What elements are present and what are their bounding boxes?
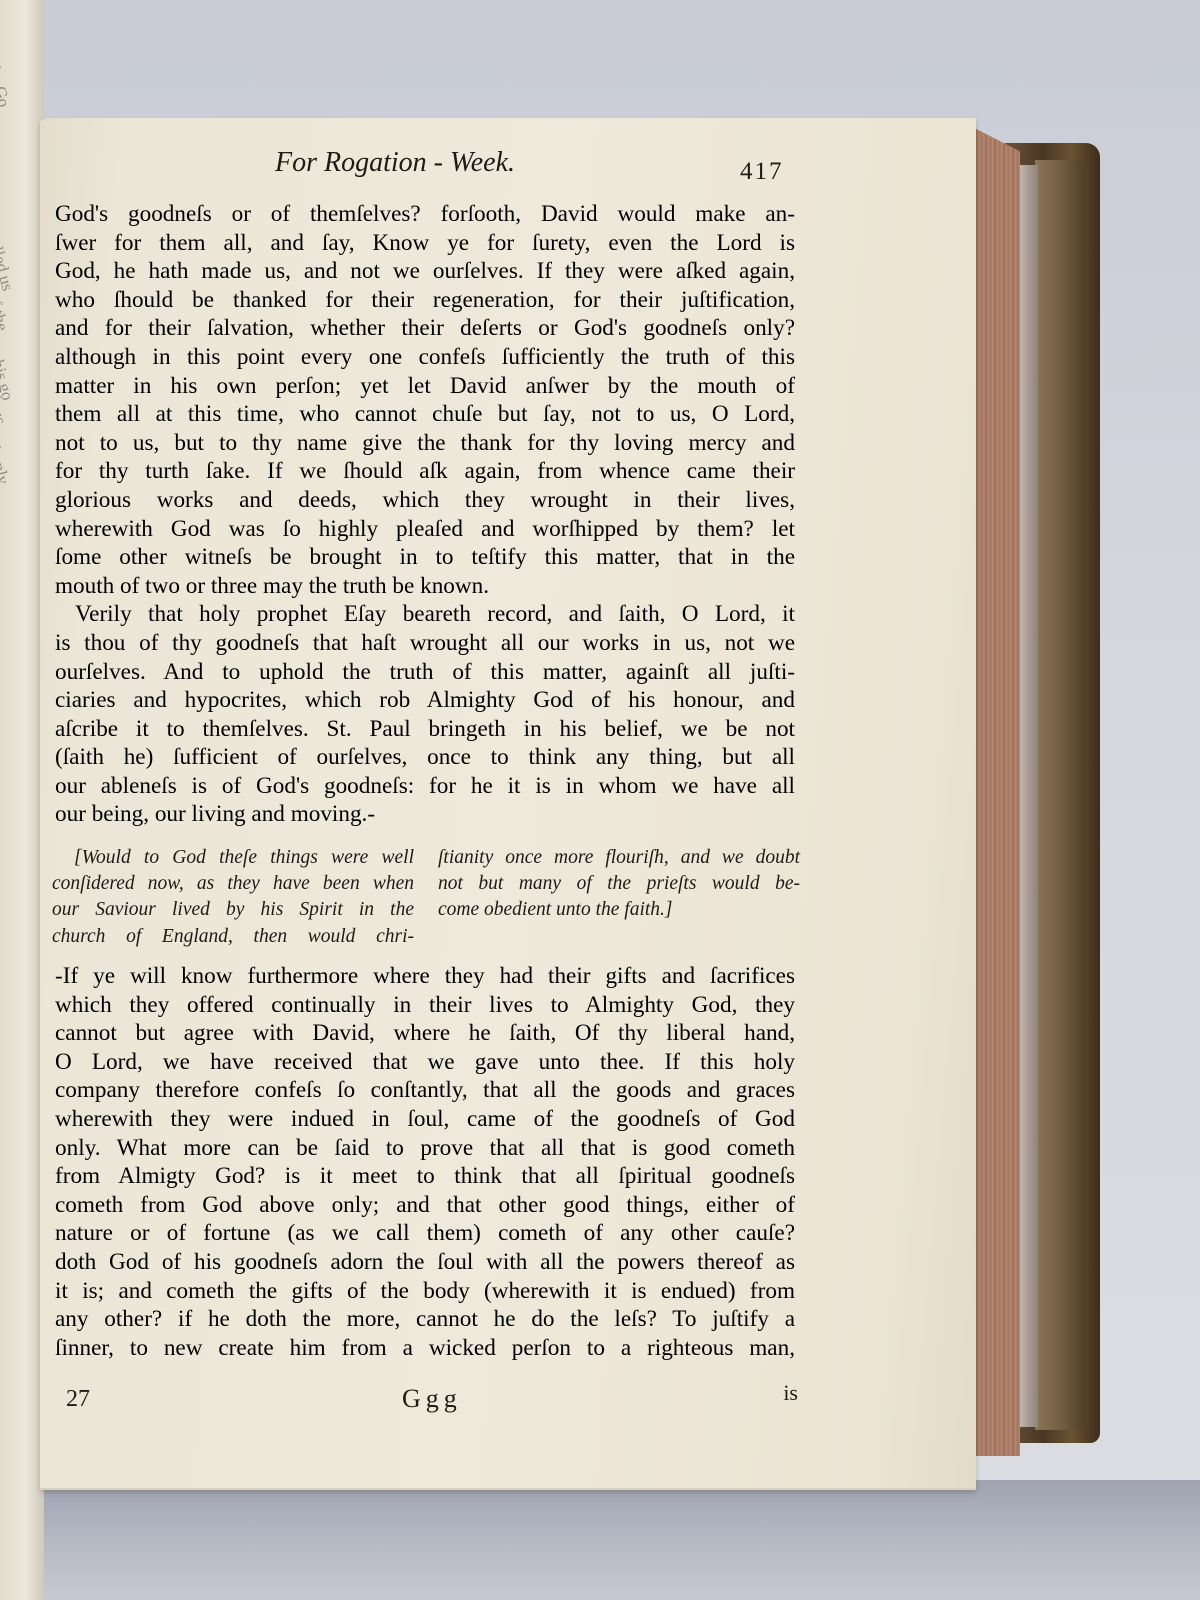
text-line: cometh from God above only; and that oth… bbox=[55, 1191, 795, 1220]
text-line: glorious works and deeds, which they wro… bbox=[55, 486, 795, 515]
text-line: our being, our living and moving.- bbox=[55, 800, 795, 829]
note-line: come obedient unto the faith.] bbox=[438, 897, 800, 923]
text-line: them all at this time, who cannot chuſe … bbox=[55, 400, 795, 429]
main-text-upper: God's goodneſs or of themſelves? forſoot… bbox=[55, 200, 795, 829]
note-column-right: ſtianity once more flouriſh, and we doub… bbox=[438, 845, 800, 950]
text-line: although in this point every one confeſs… bbox=[55, 343, 795, 372]
note-line: our Saviour lived by his Spirit in the bbox=[52, 897, 414, 923]
text-line: which they offered continually in their … bbox=[55, 991, 795, 1020]
text-line: wherewith God was ſo highly pleaſed and … bbox=[55, 515, 795, 544]
note-column-left: [Would to God theſe things were well con… bbox=[52, 845, 414, 950]
note-line: church of England, then would chri- bbox=[52, 924, 414, 950]
text-line: ourſelves. And to uphold the truth of th… bbox=[55, 658, 795, 687]
text-line: any other? if he doth the more, cannot h… bbox=[55, 1305, 795, 1334]
facing-page-text: d only bbox=[0, 440, 13, 487]
note-line: ſtianity once more flouriſh, and we doub… bbox=[438, 845, 800, 871]
text-line: from Almigty God? is it meet to think th… bbox=[55, 1162, 795, 1191]
text-line: ciaries and hypocrites, which rob Almigh… bbox=[55, 686, 795, 715]
note-line: [Would to God theſe things were well bbox=[52, 845, 414, 871]
facing-page-edge: called us of the ur his go th us d only … bbox=[0, 0, 44, 1600]
catchword: is bbox=[783, 1380, 798, 1406]
text-line: our ableneſs is of God's goodneſs: for h… bbox=[55, 772, 795, 801]
text-line: God's goodneſs or of themſelves? forſoot… bbox=[55, 200, 795, 229]
table-surface bbox=[0, 1480, 1200, 1600]
text-line: nature or of fortune (as we call them) c… bbox=[55, 1219, 795, 1248]
note-line: conſidered now, as they have been when bbox=[52, 871, 414, 897]
endpaper-edge bbox=[1018, 165, 1038, 1427]
signature-mark: Ggg bbox=[402, 1384, 462, 1414]
text-line: cannot but agree with David, where he ſa… bbox=[55, 1019, 795, 1048]
text-line: not to us, but to thy name give the than… bbox=[55, 429, 795, 458]
facing-page-text: the Go bbox=[0, 60, 14, 109]
text-line: for thy turth ſake. If we ſhould aſk aga… bbox=[55, 457, 795, 486]
text-line: only. What more can be ſaid to prove tha… bbox=[55, 1134, 795, 1163]
main-text-lower: -If ye will know furthermore where they … bbox=[55, 962, 795, 1362]
text-line: God, he hath made us, and not we ourſelv… bbox=[55, 257, 795, 286]
note-line: not but many of the prieſts would be- bbox=[438, 871, 800, 897]
text-line: is thou of thy goodneſs that haſt wrough… bbox=[55, 629, 795, 658]
page-footer: 27 Ggg is bbox=[62, 1380, 802, 1410]
text-line: and for their ſalvation, whether their d… bbox=[55, 314, 795, 343]
text-line: matter in his own perſon; yet let David … bbox=[55, 372, 795, 401]
text-line: aſcribe it to themſelves. St. Paul bring… bbox=[55, 715, 795, 744]
text-line: ſinner, to new create him from a wicked … bbox=[55, 1334, 795, 1363]
text-line: -If ye will know furthermore where they … bbox=[55, 962, 795, 991]
text-line: mouth of two or three may the truth be k… bbox=[55, 572, 795, 601]
text-line: who ſhould be thanked for their regenera… bbox=[55, 286, 795, 315]
text-line: O Lord, we have received that we gave un… bbox=[55, 1048, 795, 1077]
book-cover-inner bbox=[1035, 160, 1085, 1430]
text-line: ſome other witneſs be brought in to teſt… bbox=[55, 543, 795, 572]
text-line: company therefore confeſs ſo conſtantly,… bbox=[55, 1076, 795, 1105]
page-number: 417 bbox=[740, 158, 784, 186]
text-line: wherewith they were indued in ſoul, came… bbox=[55, 1105, 795, 1134]
text-line: (ſaith he) ſufficient of ourſelves, once… bbox=[55, 743, 795, 772]
text-line: doth God of his goodneſs adorn the ſoul … bbox=[55, 1248, 795, 1277]
facing-page-text: of the bbox=[0, 290, 12, 333]
text-line: it is; and cometh the gifts of the body … bbox=[55, 1277, 795, 1306]
facing-page-text: called us bbox=[0, 230, 18, 293]
gathering-number: 27 bbox=[66, 1386, 90, 1413]
text-line: Verily that holy prophet Eſay beareth re… bbox=[55, 600, 795, 629]
bracketed-note: [Would to God theſe things were well con… bbox=[52, 845, 800, 950]
running-head: For Rogation - Week. bbox=[275, 147, 515, 179]
text-line: ſwer for them all, and ſay, Know ye for … bbox=[55, 229, 795, 258]
